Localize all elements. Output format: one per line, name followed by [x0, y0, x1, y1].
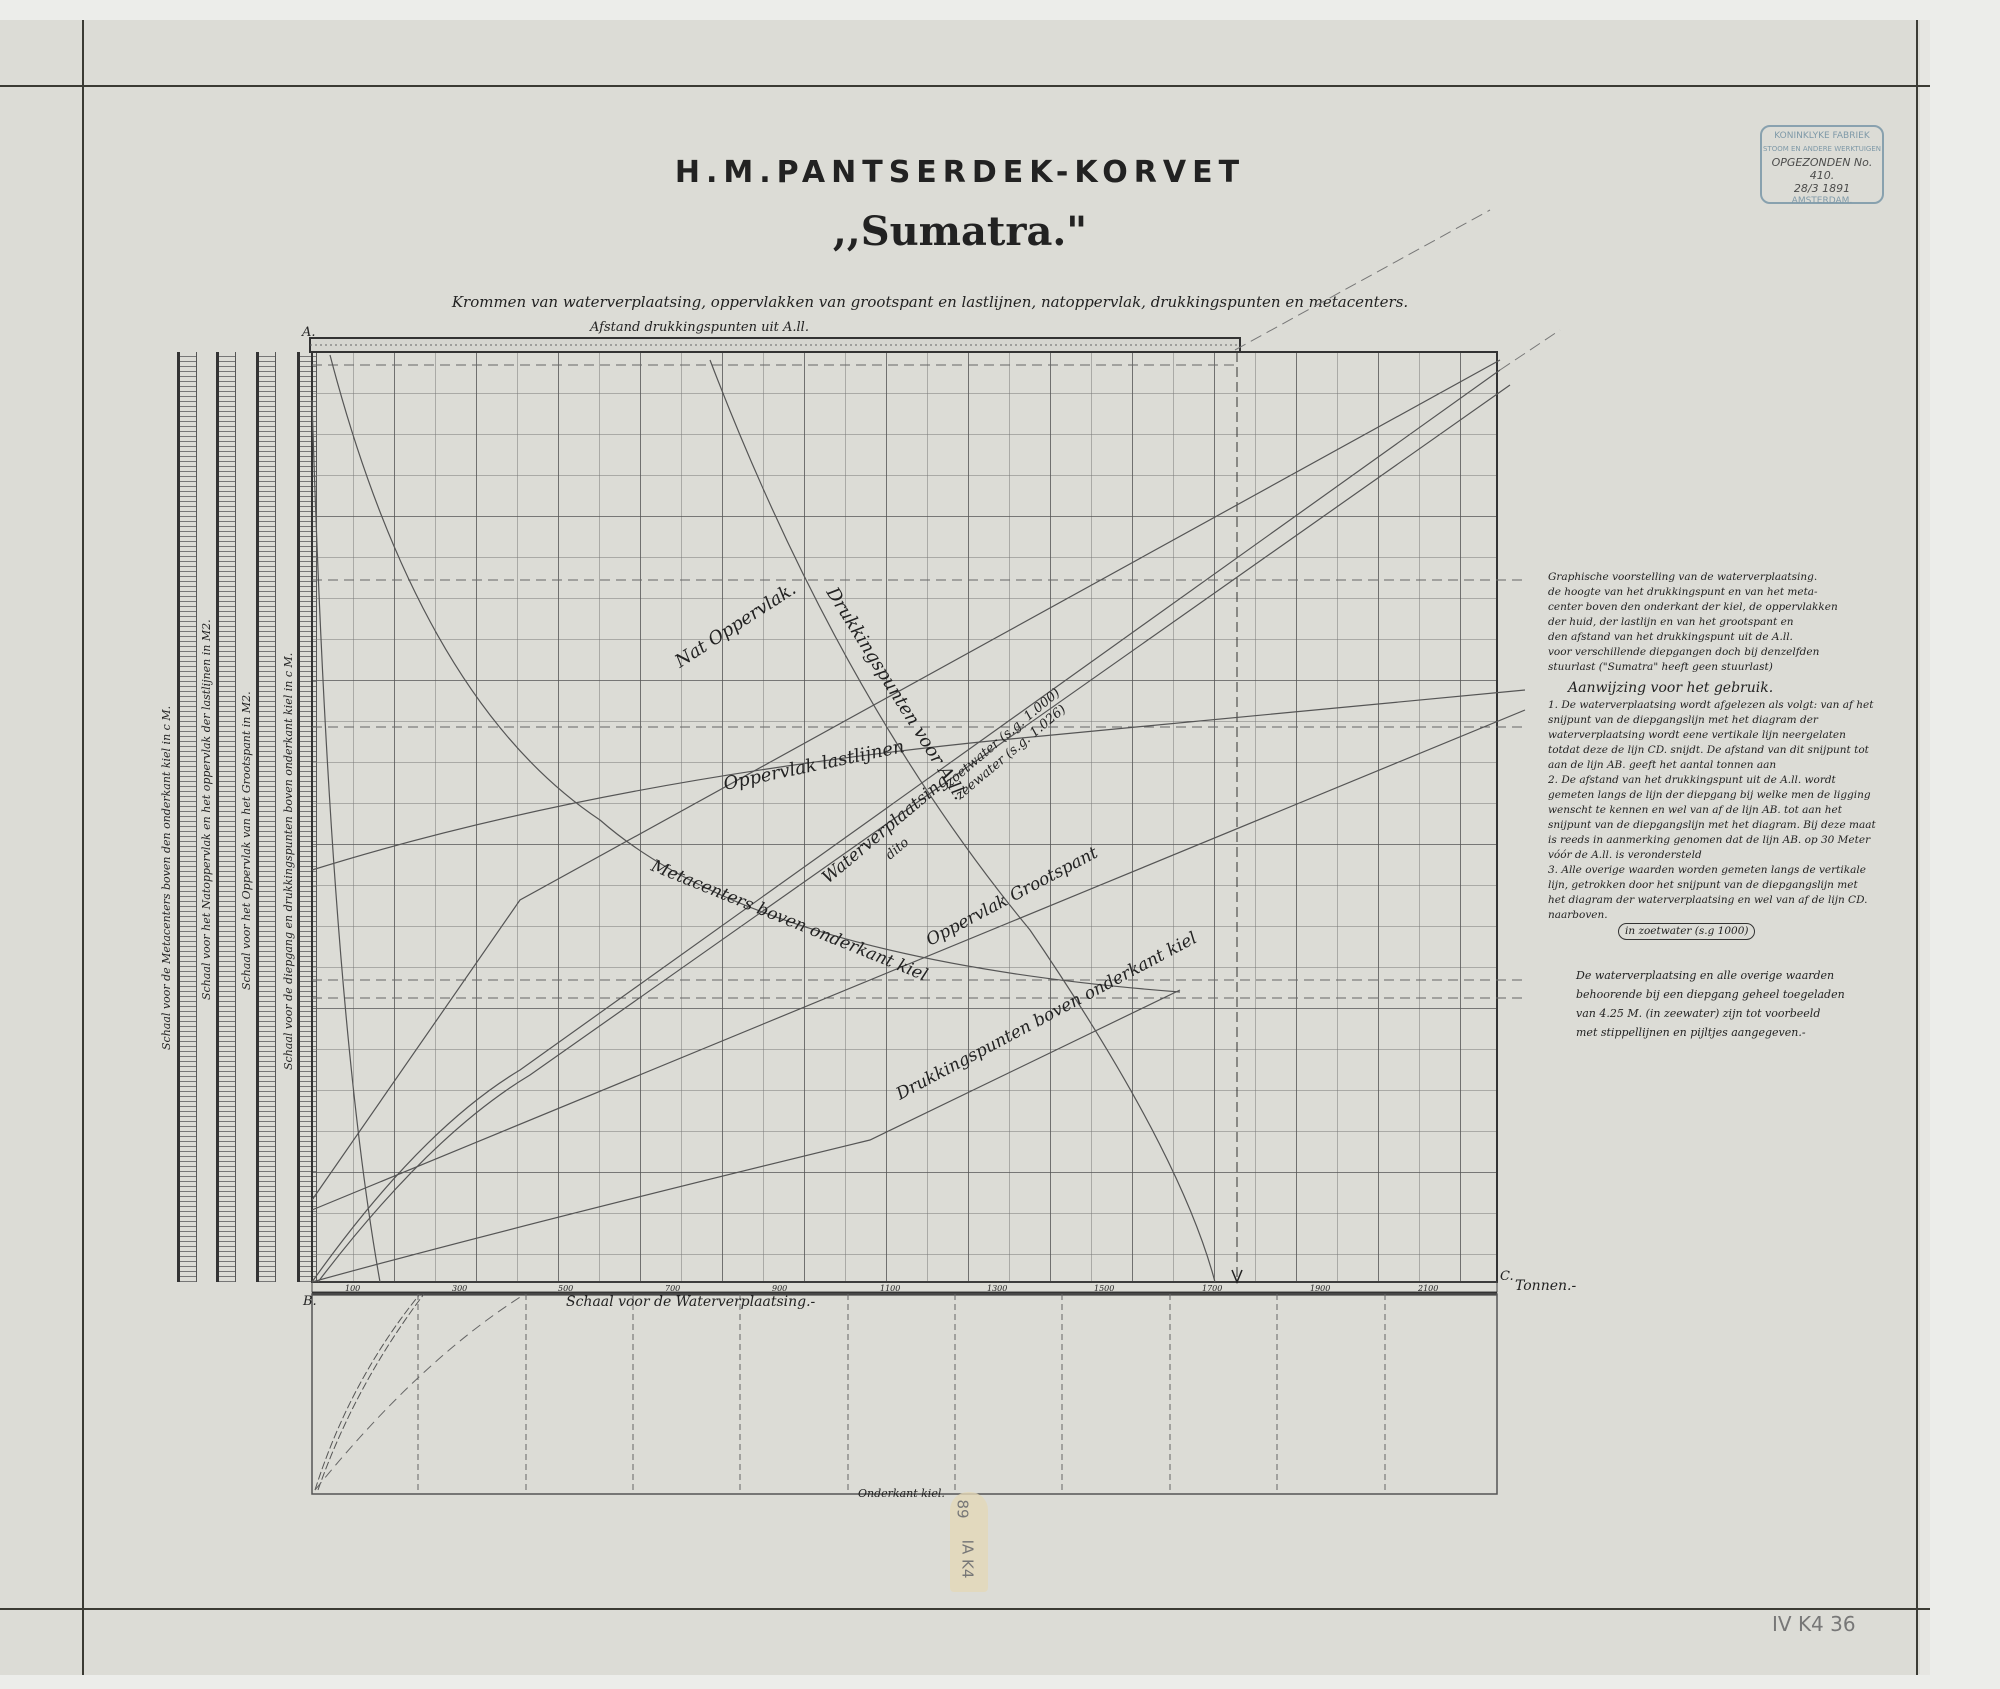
archive-tag-mark: 89	[954, 1499, 972, 1518]
usage-item: 1. De waterverplaatsing wordt afgelezen …	[1548, 698, 1878, 773]
note-line: stuurlast ("Sumatra" heeft geen stuurlas…	[1548, 660, 1878, 675]
svg-text:1900: 1900	[1310, 1284, 1330, 1293]
svg-text:2100: 2100	[1417, 1284, 1438, 1293]
svg-text:100: 100	[345, 1284, 360, 1293]
usage-item: 3. Alle overige waarden worden gemeten l…	[1548, 863, 1878, 923]
note-line: voor verschillende diepgangen doch bij d…	[1548, 645, 1878, 660]
note-line: met stippellijnen en pijltjes aangegeven…	[1576, 1023, 1878, 1042]
svg-text:300: 300	[452, 1284, 467, 1293]
usage-item: 2. De afstand van het drukkingspunt uit …	[1548, 773, 1878, 863]
svg-text:1100: 1100	[880, 1284, 900, 1293]
catalog-number: IV K4 36	[1772, 1612, 1856, 1636]
note-line: de hoogte van het drukkingspunt en van h…	[1548, 585, 1878, 600]
usage-heading: Aanwijzing voor het gebruik.	[1568, 681, 1878, 696]
usage-notes: Graphische voorstelling van de waterverp…	[1548, 570, 1878, 1042]
svg-text:1500: 1500	[1094, 1284, 1114, 1293]
archive-tag-code: IA K4	[958, 1540, 976, 1579]
svg-text:500: 500	[558, 1284, 573, 1293]
bottom-scale-label: Schaal voor de Waterverplaatsing.-	[566, 1294, 816, 1310]
tonnage-unit-label: Tonnen.-	[1515, 1278, 1576, 1294]
example-note: De waterverplaatsing en alle overige waa…	[1576, 966, 1878, 1042]
note-line: Graphische voorstelling van de waterverp…	[1548, 570, 1878, 585]
svg-text:700: 700	[665, 1284, 680, 1293]
point-c-label: C.	[1500, 1269, 1514, 1284]
point-b-label: B.	[302, 1294, 317, 1309]
svg-text:900: 900	[772, 1284, 787, 1293]
top-scale-label: Afstand drukkingspunten uit A.ll.	[589, 320, 809, 335]
note-line: van 4.25 M. (in zeewater) zijn tot voorb…	[1576, 1004, 1878, 1023]
note-line: De waterverplaatsing en alle overige waa…	[1576, 966, 1878, 985]
svg-text:1700: 1700	[1202, 1284, 1222, 1293]
note-line: den afstand van het drukkingspunt uit de…	[1548, 630, 1878, 645]
lower-diagram	[312, 1294, 1497, 1494]
note-line: der huid, der lastlijn en van het groots…	[1548, 615, 1878, 630]
point-a-label: A.	[301, 325, 316, 340]
svg-text:1300: 1300	[987, 1284, 1007, 1293]
freshwater-note: in zoetwater (s.g 1000)	[1618, 923, 1755, 940]
keel-label: Onderkant kiel.	[858, 1487, 945, 1500]
note-line: center boven den onderkant der kiel, de …	[1548, 600, 1878, 615]
note-line: behoorende bij een diepgang geheel toege…	[1576, 985, 1878, 1004]
